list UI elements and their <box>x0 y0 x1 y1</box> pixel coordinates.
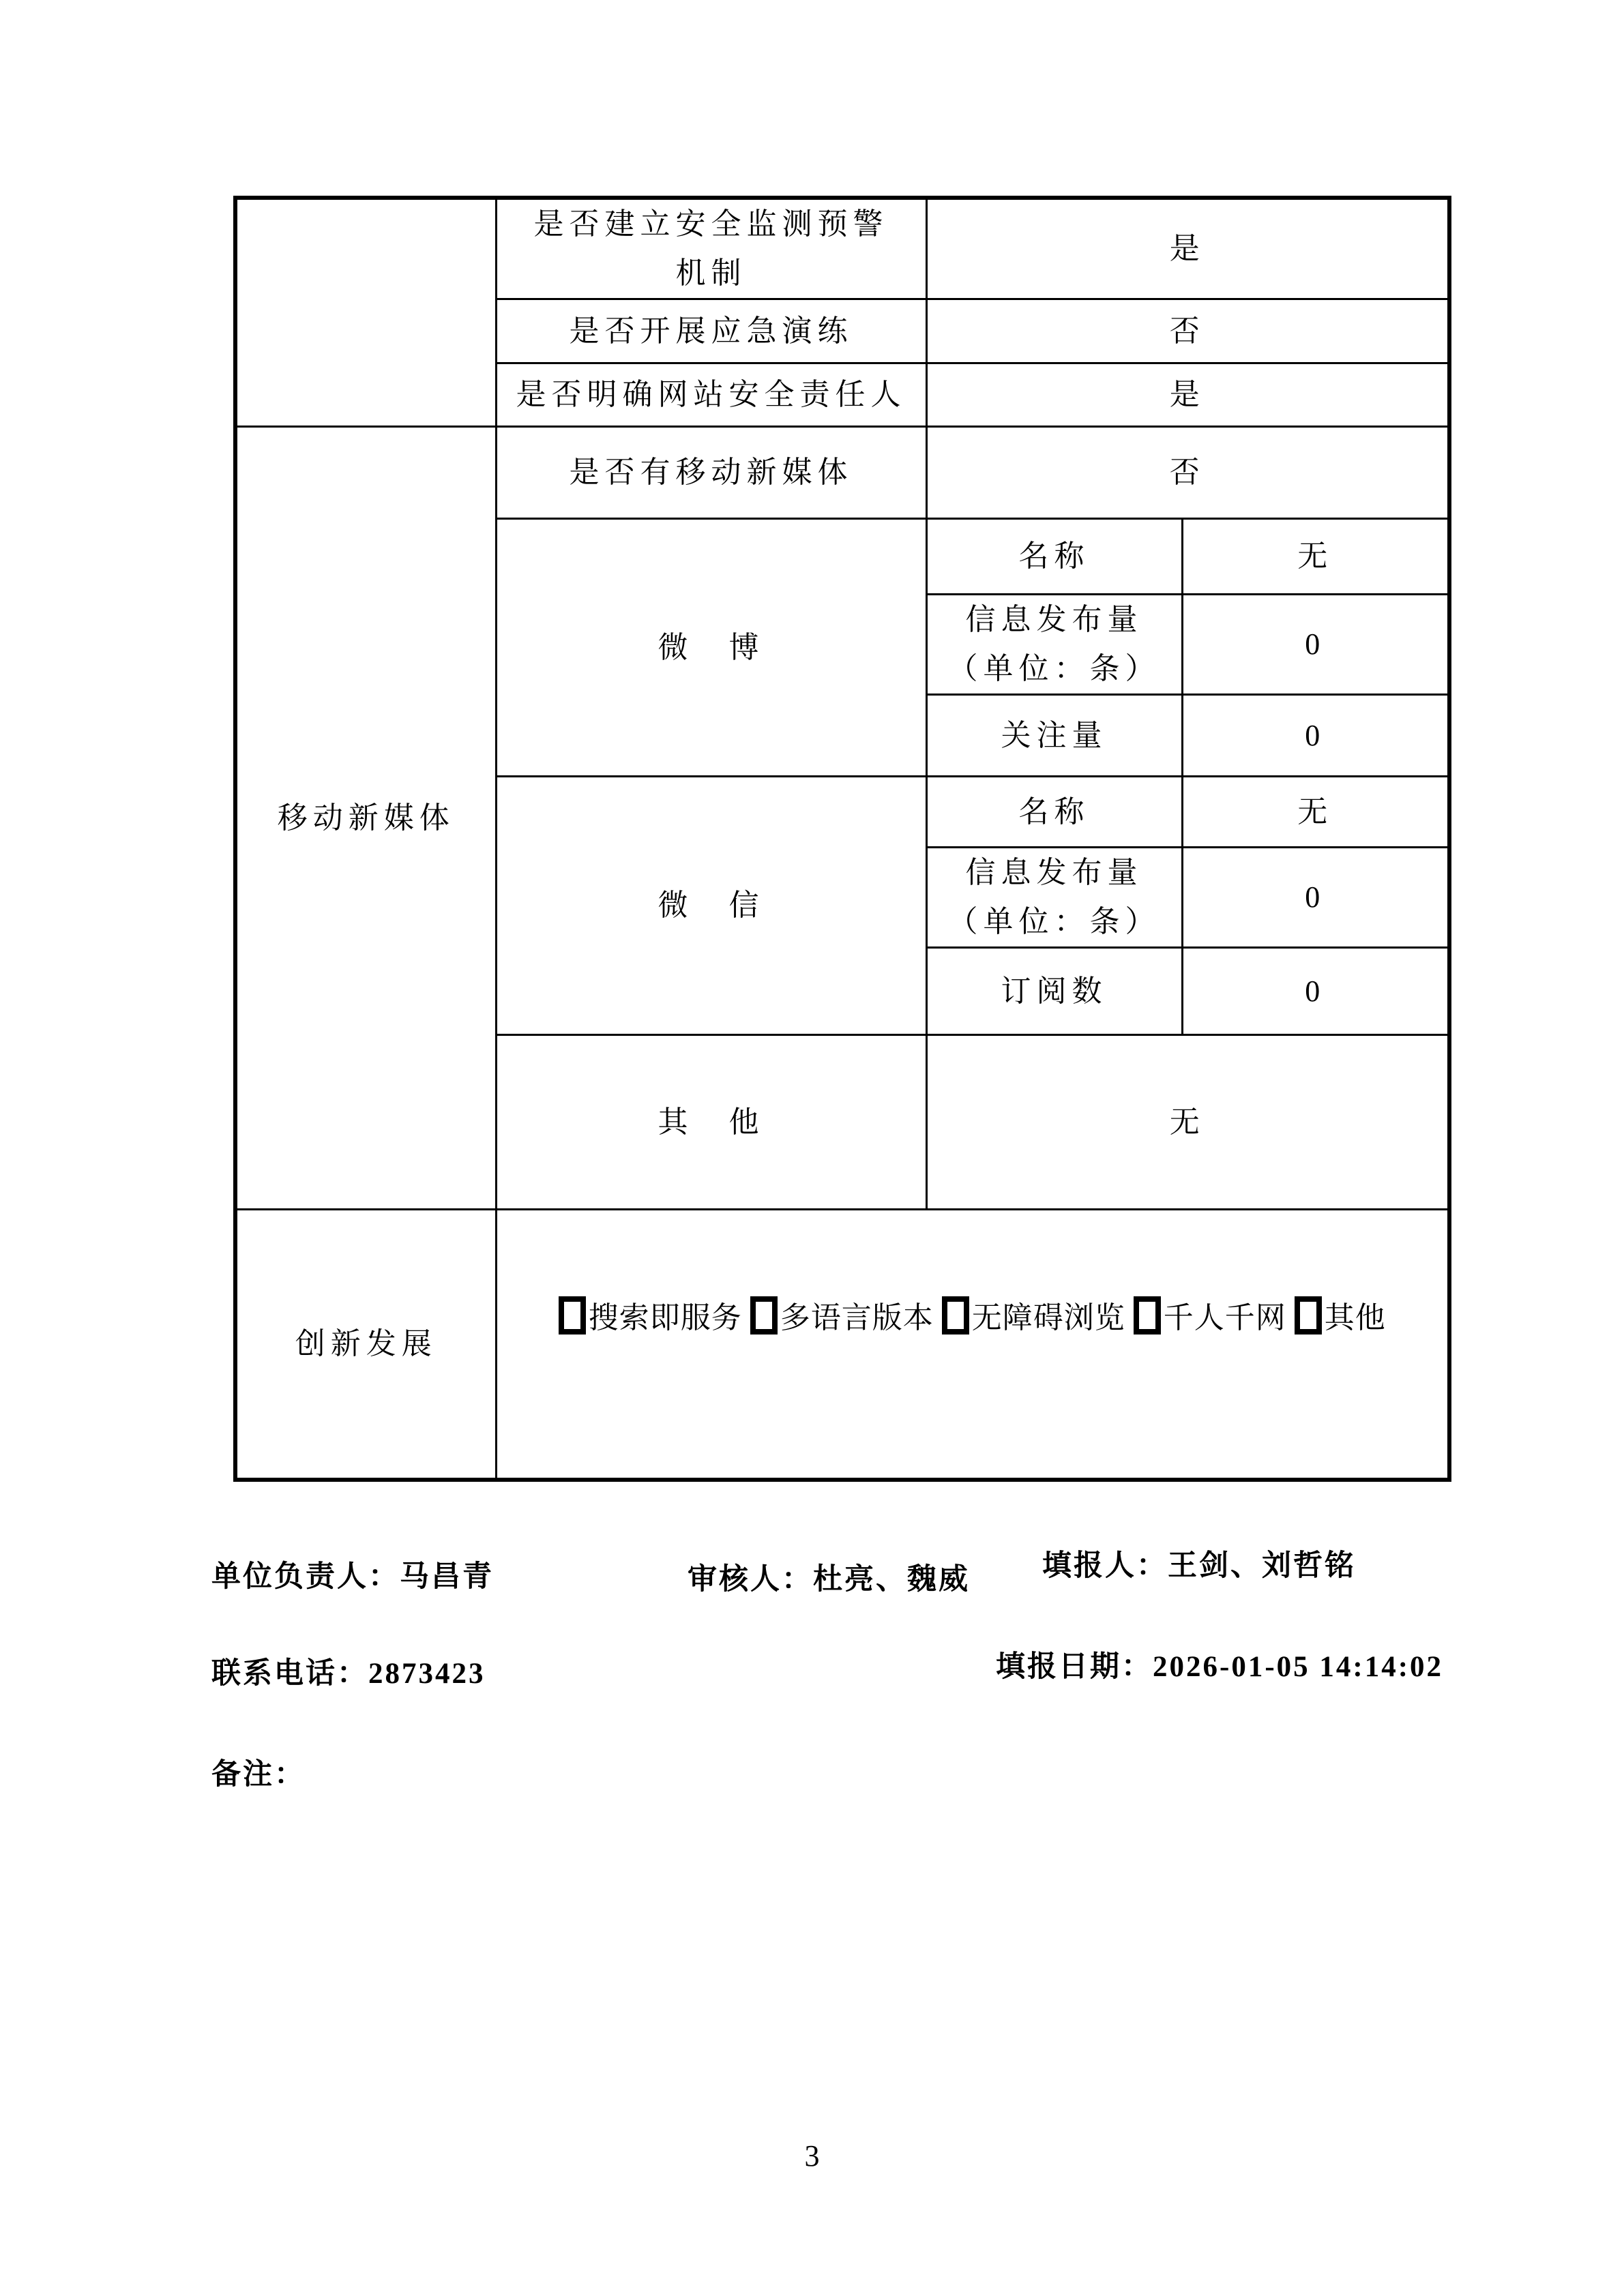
wechat-metric-label: 信息发布量 （单位：条） <box>926 848 1182 948</box>
mobile-section-header-cell: 移动新媒体 <box>235 427 496 1210</box>
security-row-label: 是否建立安全监测预警 机制 <box>496 198 926 299</box>
innovation-option: 搜索即服务 <box>559 1298 742 1339</box>
innovation-option-label: 其他 <box>1325 1298 1386 1339</box>
reviewer-text: 审核人：杜亮、魏威 <box>688 1563 970 1597</box>
contact-phone-text: 联系电话：2873423 <box>211 1657 486 1691</box>
weibo-metric-label: 关注量 <box>926 695 1182 777</box>
wechat-metric-value: 无 <box>1182 777 1449 848</box>
security-row-label: 是否开展应急演练 <box>496 299 926 363</box>
weibo-metric-value: 0 <box>1182 595 1449 695</box>
innovation-option: 千人千网 <box>1125 1298 1286 1339</box>
document-page: 是否建立安全监测预警 机制 是 是否开展应急演练 否 是否明确网站安全责任人 是… <box>0 0 1624 2296</box>
report-date-text: 填报日期：2026-01-05 14:14:02 <box>996 1650 1443 1684</box>
checkbox-icon <box>1295 1296 1322 1335</box>
wechat-group-cell: 微 信 <box>496 777 926 1035</box>
checkbox-icon <box>750 1296 778 1335</box>
weibo-group-cell: 微 博 <box>496 519 926 777</box>
wechat-metric-label: 订阅数 <box>926 948 1182 1035</box>
unit-head-text: 单位负责人：马昌青 <box>211 1560 494 1594</box>
innovation-option-label: 搜索即服务 <box>589 1298 742 1339</box>
security-row-value: 是 <box>926 363 1449 427</box>
security-row-label: 是否明确网站安全责任人 <box>496 363 926 427</box>
page-number: 3 <box>0 2138 1624 2173</box>
innovation-options-cell: 搜索即服务 多语言版本 无障碍浏览 千人千网 <box>496 1210 1449 1480</box>
weibo-metric-value: 0 <box>1182 695 1449 777</box>
filler-text: 填报人：王剑、刘哲铭 <box>1042 1549 1356 1583</box>
security-row-value: 是 <box>926 198 1449 299</box>
mobile-row-label: 是否有移动新媒体 <box>496 427 926 519</box>
other-media-label: 其 他 <box>496 1035 926 1210</box>
wechat-metric-value: 0 <box>1182 948 1449 1035</box>
innovation-option: 其他 <box>1286 1298 1386 1339</box>
security-row-value: 否 <box>926 299 1449 363</box>
innovation-option: 无障碍浏览 <box>934 1298 1125 1339</box>
weibo-metric-value: 无 <box>1182 519 1449 595</box>
innovation-option-label: 无障碍浏览 <box>972 1298 1125 1339</box>
innovation-header-cell: 创新发展 <box>235 1210 496 1480</box>
innovation-option: 多语言版本 <box>742 1298 934 1339</box>
wechat-metric-value: 0 <box>1182 848 1449 948</box>
weibo-metric-label: 名称 <box>926 519 1182 595</box>
report-table: 是否建立安全监测预警 机制 是 是否开展应急演练 否 是否明确网站安全责任人 是… <box>233 196 1451 1482</box>
checkbox-icon <box>559 1296 586 1335</box>
security-section-cell <box>235 198 496 427</box>
innovation-option-label: 千人千网 <box>1164 1298 1286 1339</box>
checkbox-icon <box>1134 1296 1161 1335</box>
innovation-options-line: 搜索即服务 多语言版本 无障碍浏览 千人千网 <box>504 1298 1441 1339</box>
innovation-option-label: 多语言版本 <box>780 1298 934 1339</box>
mobile-row-value: 否 <box>926 427 1449 519</box>
other-media-value: 无 <box>926 1035 1449 1210</box>
checkbox-icon <box>942 1296 969 1335</box>
remark-label: 备注： <box>211 1758 306 1792</box>
weibo-metric-label: 信息发布量 （单位：条） <box>926 595 1182 695</box>
wechat-metric-label: 名称 <box>926 777 1182 848</box>
